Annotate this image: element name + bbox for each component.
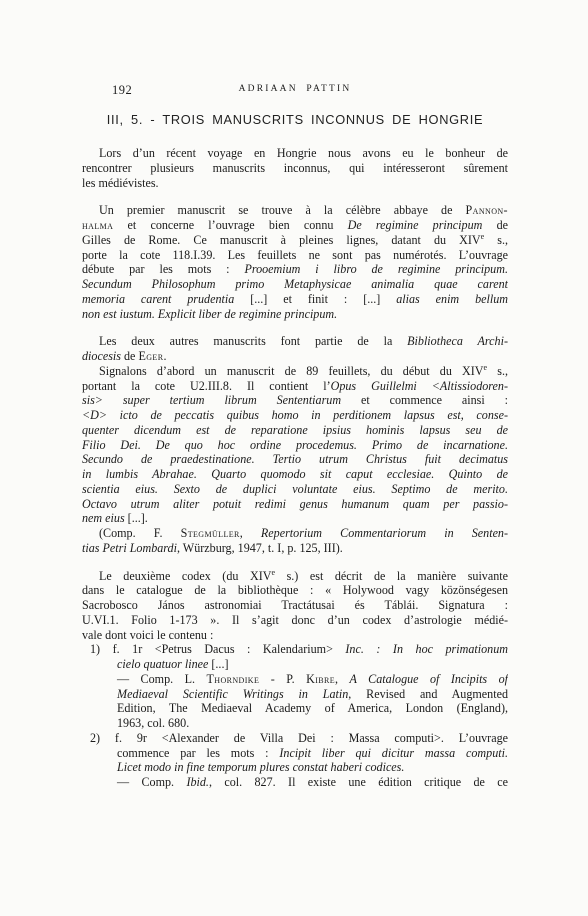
text-line: quenter dicendum est de reparatione ipsi… (82, 423, 508, 438)
text-line: U.VI.1. Folio 1-173 ». Il s’agit donc d’… (82, 613, 508, 628)
text-line: 1) f. 1r <Petrus Dacus : Kalendarium> In… (82, 642, 508, 657)
text-line: Licet modo in fine temporum plures const… (82, 760, 508, 775)
paragraph: Lors d’un récent voyage en Hongrie nous … (82, 146, 508, 190)
scanned-page: 192 ADRIAAN PATTIN III, 5. - TROIS MANUS… (0, 0, 588, 916)
text-line: commence par les mots : Incipit liber qu… (82, 746, 508, 761)
text-line: cielo quatuor linee [...] (82, 657, 508, 672)
text-line: sis> super tertium librum Sententiarum e… (82, 393, 508, 408)
text-line: Secundum Philosophum primo Metaphysicae … (82, 277, 508, 292)
text-line: nem eius [...]. (82, 511, 508, 526)
text-line: halma et concerne l’ouvrage bien connu D… (82, 218, 508, 233)
text-line: Le deuxième codex (du XIVe s.) est décri… (82, 569, 508, 584)
text-line: porte la cote 118.I.39. Les feuillets ne… (82, 248, 508, 263)
paragraph: 1) f. 1r <Petrus Dacus : Kalendarium> In… (82, 642, 508, 731)
text-line: memoria carent prudentia [...] et finit … (82, 292, 508, 307)
article-title: III, 5. - TROIS MANUSCRITS INCONNUS DE H… (82, 112, 508, 127)
text-line: dans le catalogue de la bibliothèque : «… (82, 583, 508, 598)
text-line: scientia eius. Sexto de duplici voluntat… (82, 482, 508, 497)
text-line: (Comp. F. Stegmüller, Repertorium Commen… (82, 526, 508, 541)
text-line: Filio Dei. De quo hoc ordine procedemus.… (82, 438, 508, 453)
text-line: Sacrobosco János astronomiai Tractátusai… (82, 598, 508, 613)
paragraph: Les deux autres manuscrits font partie d… (82, 334, 508, 364)
text-line: les médiévistes. (82, 176, 508, 191)
text-line: Signalons d’abord un manuscrit de 89 feu… (82, 364, 508, 379)
text-line: Octavo utrum aliter potuit redimi genus … (82, 497, 508, 512)
text-line: 2) f. 9r <Alexander de Villa Dei : Massa… (82, 731, 508, 746)
text-line: Lors d’un récent voyage en Hongrie nous … (82, 146, 508, 161)
paragraph: 2) f. 9r <Alexander de Villa Dei : Massa… (82, 731, 508, 790)
paragraph: Signalons d’abord un manuscrit de 89 feu… (82, 364, 508, 526)
text-line: in lumbis Abrahae. Quarto quomodo sit ca… (82, 467, 508, 482)
text-line: Un premier manuscrit se trouve à la célè… (82, 203, 508, 218)
text-line: tias Petri Lombardi, Würzburg, 1947, t. … (82, 541, 508, 556)
page-header: 192 ADRIAAN PATTIN (82, 83, 508, 97)
text-line: 1963, col. 680. (82, 716, 508, 731)
text-line: Les deux autres manuscrits font partie d… (82, 334, 508, 349)
paragraph: Un premier manuscrit se trouve à la célè… (82, 203, 508, 321)
text-line: <D> icto de peccatis quibus homo in perd… (82, 408, 508, 423)
text-line: vale dont voici le contenu : (82, 628, 508, 643)
text-line: non est iustum. Explicit liber de regimi… (82, 307, 508, 322)
text-line: rencontrer plusieurs manuscrits inconnus… (82, 161, 508, 176)
paragraph: (Comp. F. Stegmüller, Repertorium Commen… (82, 526, 508, 556)
body-text: Lors d’un récent voyage en Hongrie nous … (82, 146, 508, 790)
text-line: — Comp. L. Thorndike - P. Kibre, A Catal… (82, 672, 508, 687)
text-line: portant la cote U2.III.8. Il contient l’… (82, 379, 508, 394)
running-head: ADRIAAN PATTIN (82, 84, 508, 94)
text-line: Edition, The Mediaeval Academy of Americ… (82, 701, 508, 716)
text-line: Mediaeval Scientific Writings in Latin, … (82, 687, 508, 702)
paragraph: Le deuxième codex (du XIVe s.) est décri… (82, 569, 508, 643)
text-line: Gilles de Rome. Ce manuscrit à pleines l… (82, 233, 508, 248)
text-line: diocesis de Eger. (82, 349, 508, 364)
text-line: débute par les mots : Prooemium i libro … (82, 262, 508, 277)
text-line: Secundo de praedestinatione. Tertio utru… (82, 452, 508, 467)
text-line: — Comp. Ibid., col. 827. Il existe une é… (82, 775, 508, 790)
